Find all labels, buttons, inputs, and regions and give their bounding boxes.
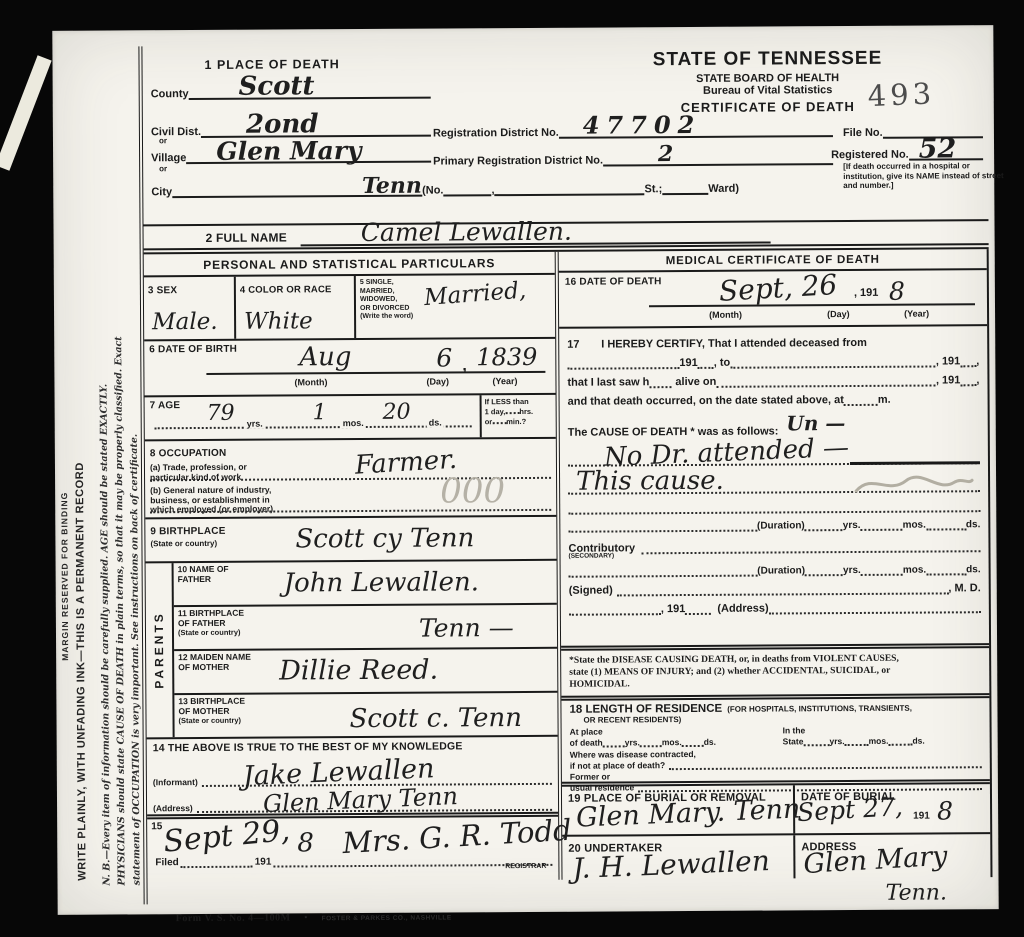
city-st-label: St.; — [644, 183, 662, 195]
father-birthplace-row: 11 BIRTHPLACEOF FATHER(State or country)… — [174, 605, 557, 651]
sex-race-marital-row: 3 SEX Male. 4 COLOR OR RACE White 5 SING… — [144, 275, 555, 342]
occupation-row: 8 OCCUPATION (a) Trade, profession, or p… — [145, 439, 556, 520]
age-days-value: 20 — [383, 400, 411, 425]
sex-label: 3 SEX — [148, 285, 177, 296]
parents-vertical-label: PARENTS — [152, 611, 166, 689]
civil-dist-value: 2ond — [246, 109, 319, 139]
certify-statement: I HEREBY CERTIFY, That I attended deceas… — [601, 337, 867, 351]
dob-month-value: Aug — [299, 342, 351, 372]
age-years-label: yrs. — [245, 419, 265, 429]
mother-birthplace-row: 13 BIRTHPLACEOF MOTHER(State or country)… — [174, 693, 557, 737]
certify-section: 17 I HEREBY CERTIFY, That I attended dec… — [559, 326, 989, 651]
informant-address-label: (Address) — [153, 803, 193, 813]
burial-row: 19 PLACE OF BURIAL OR REMOVAL Glen Mary.… — [562, 784, 990, 837]
city-no-label: (No. — [422, 184, 443, 196]
birthplace-row: 9 BIRTHPLACE (State or country) Scott cy… — [145, 517, 556, 564]
of-death-label: of death — [570, 738, 603, 748]
full-name-line: Camel Lewallen. — [301, 227, 771, 246]
duration-label-1: (Duration) — [757, 520, 805, 531]
filed-year-value: 8 — [297, 828, 314, 858]
age-months-value: 1 — [313, 400, 327, 425]
in-the-label: In the — [783, 724, 982, 735]
contributory-label: Contributory — [568, 542, 635, 554]
file-stamp-number: 493 — [867, 76, 936, 113]
length-of-residence-section: 18 LENGTH OF RESIDENCE (FOR HOSPITALS, I… — [561, 698, 990, 787]
dod-month-caption: (Month) — [709, 310, 742, 320]
date-of-death-value: Sept, 26 — [718, 268, 838, 308]
file-no-label: File No. — [843, 127, 883, 139]
cause-handwriting-0: Un — — [786, 411, 845, 435]
knowledge-statement: 14 THE ABOVE IS TRUE TO THE BEST OF MY K… — [153, 740, 552, 754]
date-of-death-year-value: 8 — [889, 277, 905, 306]
age-days-label: ds. — [427, 417, 444, 427]
place-of-death-title: 1 PLACE OF DEATH — [204, 57, 339, 72]
primary-registration-label: Primary Registration District No. — [433, 155, 603, 168]
city-line: Tenn — [172, 183, 422, 199]
certificate-form: 1 PLACE OF DEATH County Scott Civil Dist… — [138, 41, 992, 904]
md-label: , M. D. — [948, 582, 980, 594]
primary-registration-value: 2 — [658, 141, 673, 167]
dod-day-caption: (Day) — [827, 309, 850, 319]
birthplace-label: 9 BIRTHPLACE — [150, 526, 225, 537]
certificate-paper: MARGIN RESERVED FOR BINDING WRITE PLAINL… — [52, 25, 998, 915]
residence-subtitle: (FOR HOSPITALS, INSTITUTIONS, TRANSIENTS… — [727, 704, 912, 714]
village-line: Glen Mary — [186, 149, 431, 164]
registrar-name-value: Mrs. G. R. Todd — [341, 813, 572, 860]
parents-section: PARENTS 10 NAME OFFATHER John Lewallen. … — [146, 561, 558, 740]
full-name-value: Camel Lewallen. — [361, 217, 572, 247]
registered-no-value: 52 — [919, 133, 957, 164]
age-years-value: 79 — [207, 401, 235, 426]
undertaker-address-value-2: Tenn. — [886, 880, 947, 905]
primary-registration-line: 2 — [603, 152, 833, 166]
certify-number: 17 — [567, 339, 601, 351]
father-name-value: John Lewallen. — [284, 567, 479, 598]
burial-year-value: 8 — [937, 796, 953, 825]
mother-maiden-name-row: 12 MAIDEN NAMEOF MOTHER Dillie Reed. — [174, 649, 557, 695]
dob-year-value: 1839 — [476, 343, 537, 371]
disease-contracted-label-2: if not at place of death? — [570, 760, 665, 771]
medical-title: MEDICAL CERTIFICATE OF DEATH — [559, 249, 987, 273]
medical-column: MEDICAL CERTIFICATE OF DEATH 16 DATE OF … — [559, 249, 993, 880]
margin-write-plainly-text: WRITE PLAINLY, WITH UNFADING INK—THIS IS… — [73, 321, 88, 881]
race-value: White — [244, 308, 313, 334]
date-of-death-label: 16 DATE OF DEATH — [565, 276, 662, 288]
registered-no-line: 52 — [909, 147, 983, 160]
age-row: 7 AGE 79 yrs. 1 mos. 20 ds. If LESS than… — [145, 395, 556, 442]
age-label: 7 AGE — [150, 400, 181, 411]
header-section: 1 PLACE OF DEATH County Scott Civil Dist… — [142, 41, 988, 224]
filed-191: 191 — [255, 857, 272, 868]
residence-title: 18 LENGTH OF RESIDENCE — [569, 703, 722, 716]
informant-section: 14 THE ABOVE IS TRUE TO THE BEST OF MY K… — [147, 737, 558, 820]
printer-credit: FOSTER & PARKES CO., NASHVILLE — [322, 914, 452, 922]
state-title: STATE OF TENNESSEE — [582, 47, 952, 71]
race-label: 4 COLOR OR RACE — [240, 284, 332, 296]
state-word-label: State — [783, 736, 804, 746]
signed-label: (Signed) — [569, 584, 613, 596]
address-191-label: , 191 — [661, 603, 686, 615]
filed-number: 15 — [151, 821, 162, 832]
birthplace-value: Scott cy Tenn — [295, 523, 474, 554]
city-value: Tenn — [362, 173, 422, 199]
personal-column: PERSONAL AND STATISTICAL PARTICULARS 3 S… — [144, 252, 563, 883]
registered-no-label: Registered No. — [831, 149, 909, 161]
signed-address-label: (Address) — [717, 603, 768, 615]
residence-subtitle-2: OR RECENT RESIDENTS) — [584, 713, 982, 724]
registrar-label: REGISTRAR — [505, 863, 546, 870]
mother-birthplace-value: Scott c. Tenn — [349, 703, 522, 734]
county-value: Scott — [238, 71, 314, 101]
informant-label: (Informant) — [153, 777, 198, 787]
certify-to-label: , to — [714, 357, 731, 369]
less-than-one-day-cell: If LESS than 1 day,hrs. ormin.? — [480, 395, 556, 437]
undertaker-value: J. H. Lewallen — [572, 844, 771, 885]
form-footer: Form V. S. No. 4—100M * FOSTER & PARKES … — [176, 911, 452, 924]
father-birthplace-value: Tenn — — [419, 613, 514, 643]
mother-maiden-name-value: Dillie Reed. — [279, 655, 438, 687]
city-label: City — [151, 186, 172, 198]
burial-191: 191 — [913, 811, 930, 822]
at-place-label: At place — [570, 726, 769, 737]
date-of-death-row: 16 DATE OF DEATH Sept, 26 , 191 8 (Month… — [559, 270, 987, 329]
undertaker-row: 20 UNDERTAKER J. H. Lewallen ADDRESS Gle… — [562, 834, 990, 880]
certify-191-a: 191 — [679, 357, 697, 369]
dob-year-caption: (Year) — [492, 376, 517, 386]
occupation-label: 8 OCCUPATION — [150, 448, 227, 459]
dob-day-caption: (Day) — [426, 376, 449, 386]
scan-edge-artifact — [0, 55, 52, 171]
village-label: Village — [151, 152, 186, 164]
death-occurred-label: and that death occurred, on the date sta… — [568, 394, 844, 408]
duration-label-2: (Duration) — [757, 565, 805, 576]
or-label-2: or — [159, 164, 167, 173]
city-ward-label: Ward) — [708, 183, 739, 195]
county-label: County — [151, 88, 189, 100]
dob-label: 6 DATE OF BIRTH — [149, 344, 237, 356]
full-name-label: 2 FULL NAME — [206, 230, 287, 246]
certify-191-c: , 191 — [936, 374, 961, 386]
registration-district-label: Registration District No. — [433, 127, 559, 140]
certify-191-b: , 191 — [936, 355, 961, 367]
father-name-row: 10 NAME OFFATHER John Lewallen. — [174, 561, 557, 607]
date-of-birth-row: 6 DATE OF BIRTH Aug 6 , 1839 (Month) (Da… — [144, 339, 555, 398]
pencil-scribble — [854, 470, 974, 497]
meridiem-label: m. — [878, 394, 891, 406]
occupation-pencil-mark: 000 — [440, 471, 505, 511]
date-of-burial-value: Sept 27, — [796, 792, 903, 827]
sex-value: Male. — [152, 309, 218, 335]
age-months-label: mos. — [341, 418, 366, 428]
dob-month-caption: (Month) — [294, 377, 327, 387]
county-line: Scott — [189, 85, 431, 100]
cause-handwriting-2: This cause. — [576, 466, 724, 497]
dob-day-value: 6 — [436, 343, 452, 372]
date-of-death-191: , 191 — [854, 287, 879, 299]
printer-star: * — [305, 915, 308, 922]
personal-title: PERSONAL AND STATISTICAL PARTICULARS — [144, 252, 555, 278]
village-value: Glen Mary — [216, 136, 361, 166]
alive-on-label: alive on — [675, 376, 716, 388]
hospital-note: [If death occurred in a hospital or inst… — [843, 161, 1011, 191]
dod-year-caption: (Year) — [904, 309, 929, 319]
filed-date-value: Sept 29, — [162, 813, 292, 860]
registration-district-line: 47702 — [559, 124, 833, 139]
filed-section: 15 Filed 191 Sept 29, 8 Mrs. G. R. Todd … — [147, 817, 558, 883]
last-saw-label: that I last saw h — [567, 376, 649, 389]
form-number: Form V. S. No. 4—100M — [176, 912, 291, 924]
or-label-1: or — [159, 136, 167, 145]
cause-footnote: *State the DISEASE CAUSING DEATH, or, in… — [561, 648, 989, 701]
margin-binding-text: MARGIN RESERVED FOR BINDING — [58, 281, 70, 661]
registration-district-value: 47702 — [583, 110, 702, 140]
